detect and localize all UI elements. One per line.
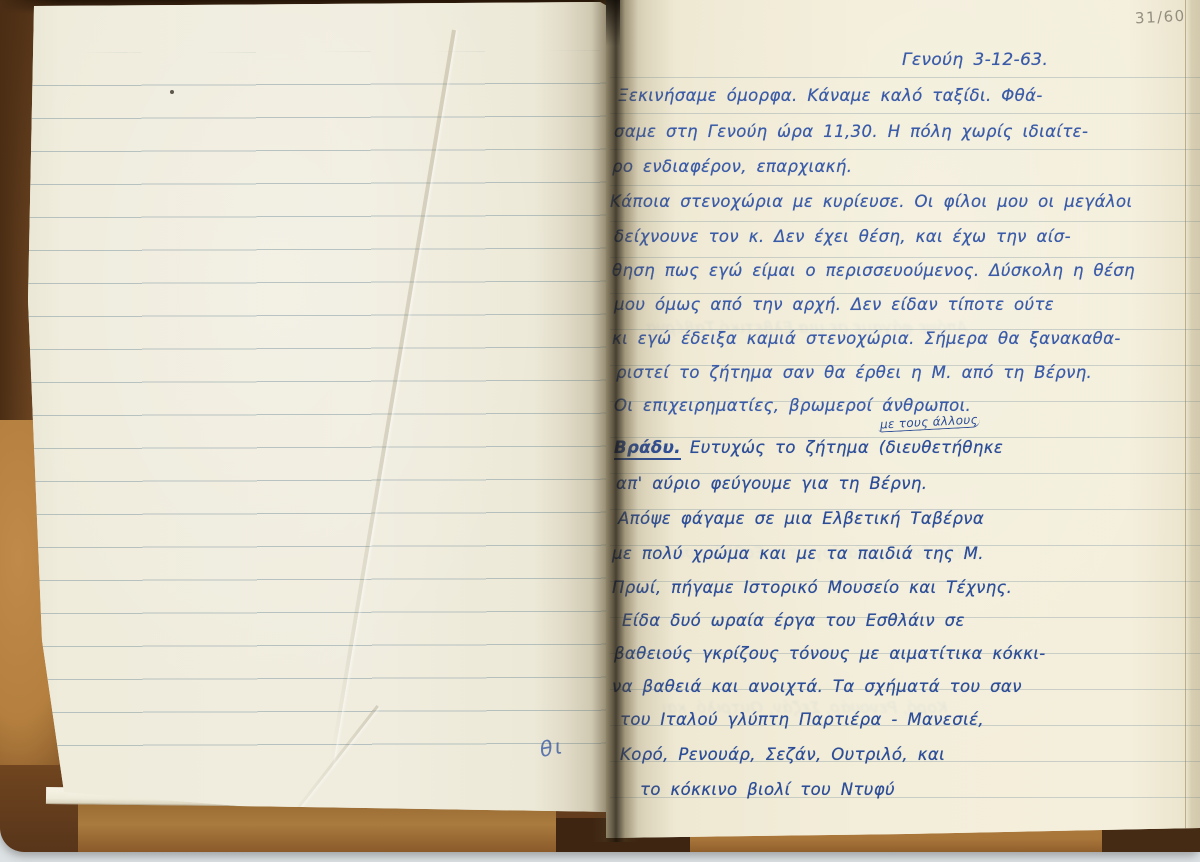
entry-date: Γενούη 3-12-63. (902, 52, 1048, 69)
handwriting-line: με πολύ χρώμα και με τα παιδιά της Μ. (612, 546, 984, 563)
handwriting-line-evening: Βράδυ.Ευτυχώς το ζήτημα (διευθετήθηκε (614, 440, 1003, 457)
ink-doodle: θι (538, 736, 565, 761)
handwriting-line: Είδα δυό ωραία έργα του Εσθλάιν σε (622, 613, 965, 630)
handwriting-line: θηση πως εγώ είμαι ο περισσευούμενος. Δύ… (612, 263, 1135, 280)
notebook-scan: θι Απόψε φάγαμε σε μια Ελβετική Ταβέρνα … (0, 0, 1200, 862)
handwriting-line: Οι επιχειρηματίες, βρωμεροί άνθρωποι. (614, 398, 971, 415)
left-page-blank: θι (0, 0, 614, 814)
handwriting-line: Πρωί, πήγαμε Ιστορικό Μουσείο και Τέχνης… (612, 580, 1012, 597)
handwriting-line: δείχνουνε τον κ. Δεν έχει θέση, και έχω … (614, 229, 1071, 246)
handwriting-line: να βαθειά και ανοιχτά. Τα σχήματά του σα… (612, 679, 1022, 696)
inserted-phrase: με τους άλλους (878, 413, 981, 432)
page-stack-edge (1185, 0, 1200, 840)
handwriting-line: ρο ενδιαφέρον, επαρχιακή. (612, 159, 852, 176)
handwriting-line: Κορό, Ρενουάρ, Σεζάν, Ουτριλό, και (620, 747, 945, 764)
page-crease (329, 30, 456, 765)
handwriting-line: βαθειούς γκρίζους τόνους με αιματίτικα κ… (614, 646, 1046, 663)
handwriting-line: του Ιταλού γλύπτη Παρτιέρα - Μανεσιέ, (620, 712, 984, 729)
handwriting-line: ριστεί το ζήτημα σαν θα έρθει η Μ. από τ… (616, 365, 1092, 382)
handwriting-line: Κάποια στενοχώρια με κυρίευσε. Οι φίλοι … (610, 194, 1133, 211)
right-page-diary-entry: Απόψε φάγαμε σε μια Ελβετική Ταβέρνα Είδ… (606, 0, 1200, 840)
line-continuation: Ευτυχώς το ζήτημα (διευθετήθηκε (690, 438, 1003, 457)
page-number-pencil: 31/60 (1135, 7, 1187, 28)
left-page-ruled-lines (16, 51, 611, 768)
underlined-word: Βράδυ. (614, 438, 681, 460)
handwriting-line: απ' αύριο φεύγουμε για τη Βέρνη. (616, 476, 927, 493)
handwriting-line: Απόψε φάγαμε σε μια Ελβετική Ταβέρνα (618, 511, 984, 528)
handwriting-line: σαμε στη Γενούη ώρα 11,30. Η πόλη χωρίς … (614, 124, 1088, 141)
handwriting-line: μου όμως από την αρχή. Δεν είδαν τίποτε … (614, 297, 1054, 314)
ink-speck (170, 90, 174, 94)
handwriting-line: κι εγώ έδειξα καμιά στενοχώρια. Σήμερα θ… (612, 331, 1121, 348)
handwriting-line: το κόκκινο βιολί του Ντυφύ (640, 782, 895, 799)
handwriting-line: Ξεκινήσαμε όμορφα. Κάναμε καλό ταξίδι. Φ… (618, 88, 1043, 105)
